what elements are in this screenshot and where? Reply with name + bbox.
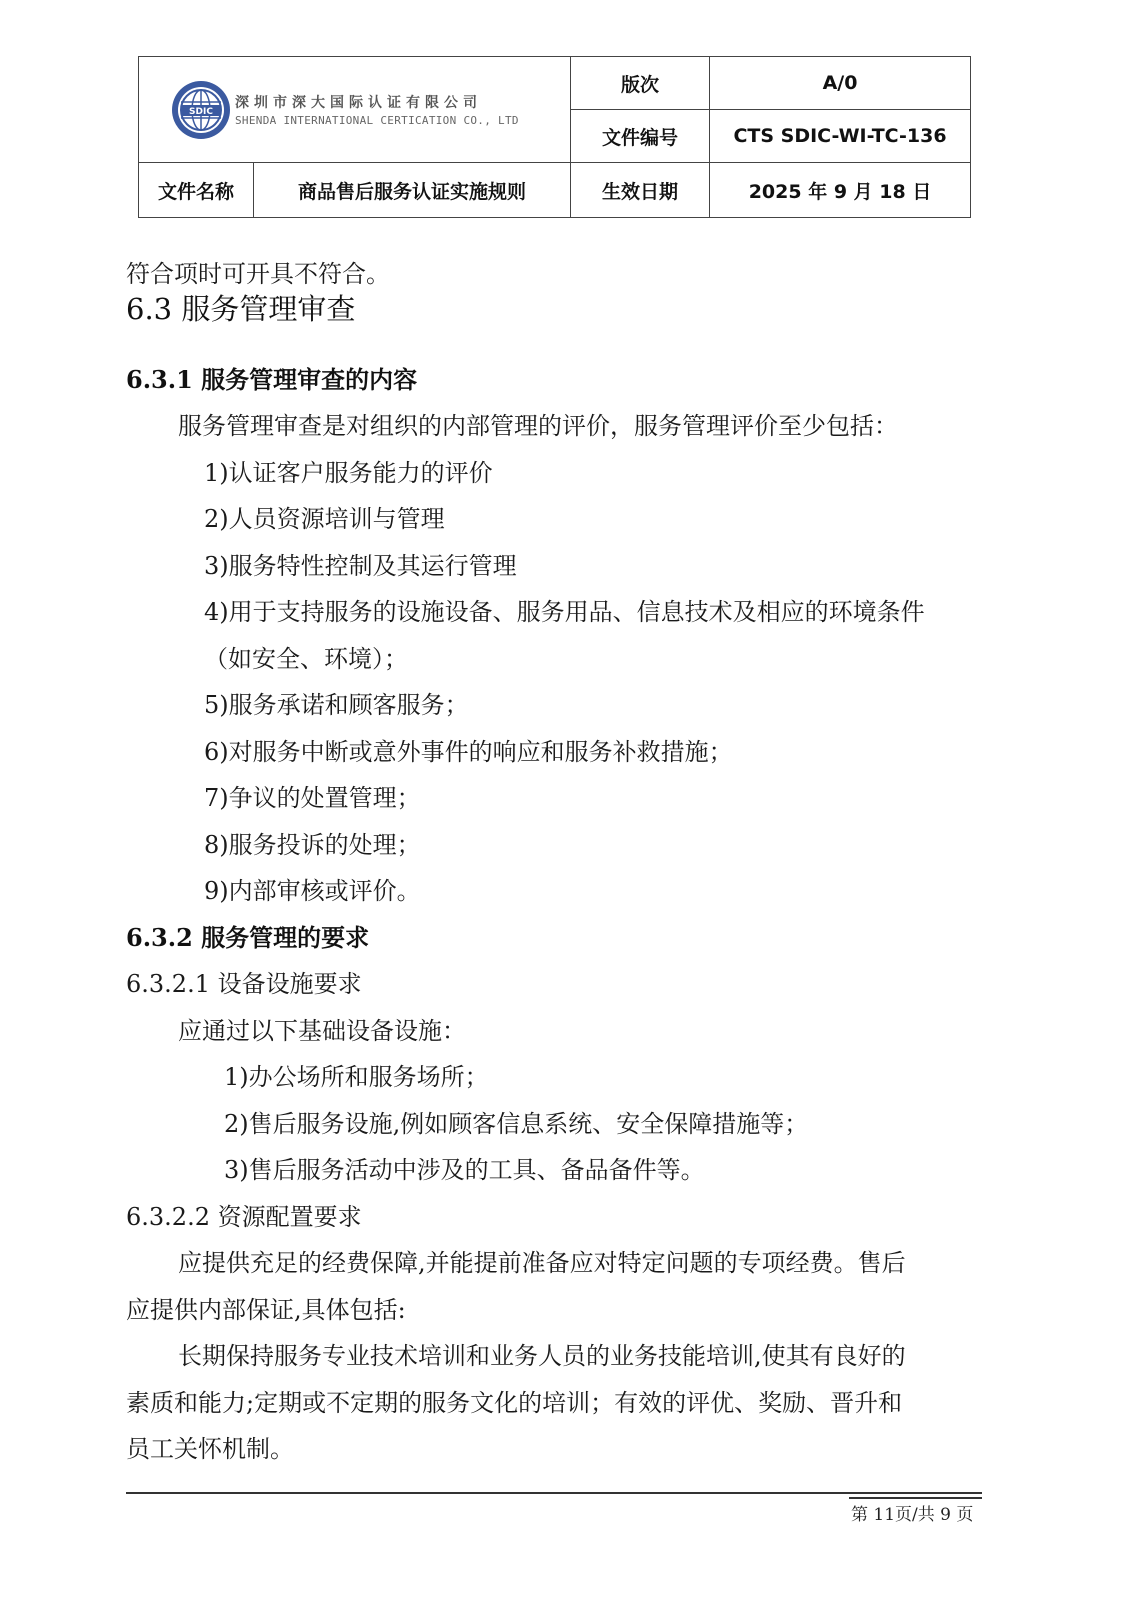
section-heading-6-3: 6.3 服务管理审查 — [126, 287, 355, 328]
section-heading-6-3-2-1: 6.3.2.1 设备设施要求 — [126, 964, 362, 999]
paragraph-line: 应提供充足的经费保障,并能提前准备应对特定问题的专项经费。售后 — [178, 1243, 906, 1278]
list-item: 1)办公场所和服务场所； — [224, 1057, 489, 1092]
list-item: 7)争议的处置管理； — [204, 778, 421, 813]
list-item: 9)内部审核或评价。 — [204, 871, 421, 906]
effective-date-label: 生效日期 — [571, 163, 710, 218]
continuation-text: 符合项时可开具不符合。 — [126, 254, 390, 289]
company-name-cn: 深圳市深大国际认证有限公司 — [235, 92, 519, 112]
doc-number-label: 文件编号 — [571, 110, 710, 163]
section-heading-6-3-2-2: 6.3.2.2 资源配置要求 — [126, 1197, 362, 1232]
list-item-continuation: （如安全、环境）； — [204, 639, 408, 674]
section-heading-6-3-1: 6.3.1 服务管理审查的内容 — [126, 360, 417, 395]
footer-page-divider — [849, 1497, 982, 1499]
list-item: 3)服务特性控制及其运行管理 — [204, 546, 517, 581]
paragraph-line: 应提供内部保证,具体包括: — [126, 1290, 406, 1325]
company-logo-cell: SDIC 深圳市深大国际认证有限公司 SHENDA INTERNATIONAL … — [139, 57, 571, 163]
paragraph-6-3-1-intro: 服务管理审查是对组织的内部管理的评价，服务管理评价至少包括： — [178, 406, 898, 441]
paragraph-line: 长期保持服务专业技术培训和业务人员的业务技能培训,使其有良好的 — [178, 1336, 906, 1371]
effective-date-value: 2025 年 9 月 18 日 — [710, 163, 971, 218]
list-item: 2)人员资源培训与管理 — [204, 499, 445, 534]
list-item: 1)认证客户服务能力的评价 — [204, 453, 493, 488]
company-name-en: SHENDA INTERNATIONAL CERTICATION CO., LT… — [235, 114, 519, 127]
doc-name-label: 文件名称 — [139, 163, 254, 218]
paragraph-line: 员工关怀机制。 — [126, 1429, 294, 1464]
document-header-table: SDIC 深圳市深大国际认证有限公司 SHENDA INTERNATIONAL … — [138, 56, 971, 218]
section-heading-6-3-2: 6.3.2 服务管理的要求 — [126, 918, 369, 953]
version-value: A/0 — [710, 57, 971, 110]
svg-text:SDIC: SDIC — [189, 107, 213, 117]
paragraph-line: 素质和能力;定期或不定期的服务文化的培训；有效的评优、奖励、晋升和 — [126, 1383, 902, 1418]
sdic-globe-logo-icon: SDIC — [171, 80, 231, 140]
version-label: 版次 — [571, 57, 710, 110]
list-item: 8)服务投诉的处理； — [204, 825, 421, 860]
list-item: 6)对服务中断或意外事件的响应和服务补救措施； — [204, 732, 733, 767]
paragraph-6-3-2-1-intro: 应通过以下基础设备设施： — [178, 1011, 466, 1046]
list-item: 5)服务承诺和顾客服务； — [204, 685, 469, 720]
page-number: 第 11页/共 9 页 — [851, 1500, 973, 1525]
list-item: 3)售后服务活动中涉及的工具、备品备件等。 — [224, 1150, 705, 1185]
doc-name-value: 商品售后服务认证实施规则 — [254, 163, 571, 218]
list-item: 2)售后服务设施,例如顾客信息系统、安全保障措施等； — [224, 1104, 808, 1139]
footer-divider — [126, 1492, 982, 1494]
doc-number-value: CTS SDIC-WI-TC-136 — [710, 110, 971, 163]
list-item: 4)用于支持服务的设施设备、服务用品、信息技术及相应的环境条件 — [204, 592, 925, 627]
